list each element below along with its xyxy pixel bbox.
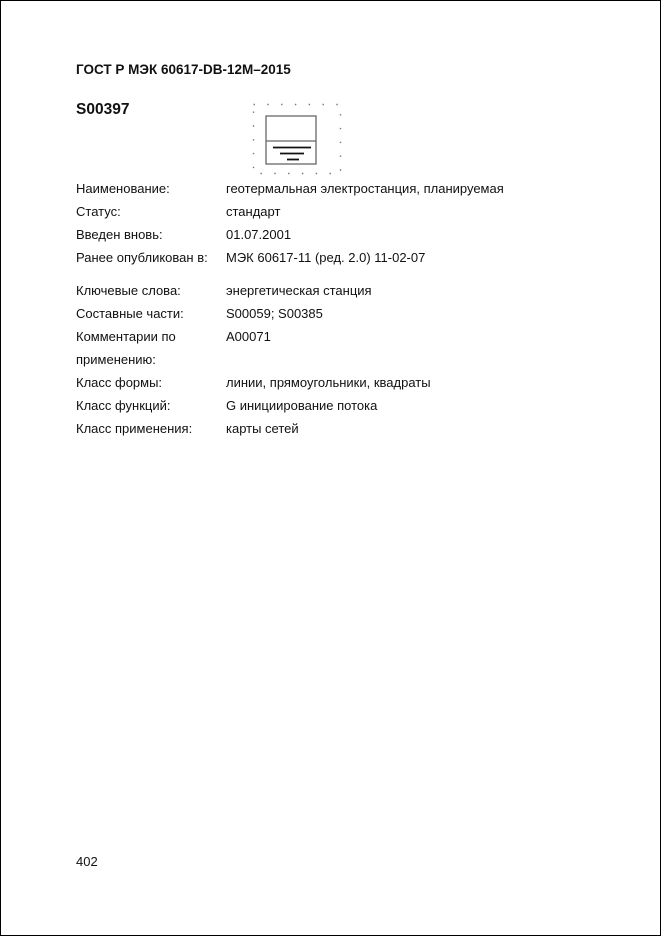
field-row: Класс формы: линии, прямоугольники, квад… — [76, 371, 616, 394]
field-label: Составные части: — [76, 302, 226, 325]
field-value: стандарт — [226, 200, 616, 223]
fields-list: Наименование: геотермальная электростанц… — [76, 177, 616, 440]
field-row: Ключевые слова: энергетическая станция — [76, 279, 616, 302]
field-value: карты сетей — [226, 417, 616, 440]
field-value: энергетическая станция — [226, 279, 616, 302]
field-row: Класс применения: карты сетей — [76, 417, 616, 440]
symbol-id: S00397 — [76, 101, 129, 119]
field-value: A00071 — [226, 325, 616, 348]
geothermal-power-station-icon — [251, 102, 343, 176]
field-label: Комментарии по применению: — [76, 325, 226, 371]
document-page: ГОСТ Р МЭК 60617-DB-12M–2015 S00397 Наим… — [0, 0, 661, 936]
field-row: Ранее опубликован в: МЭК 60617-11 (ред. … — [76, 246, 616, 269]
field-label: Класс формы: — [76, 371, 226, 394]
field-value: МЭК 60617-11 (ред. 2.0) 11-02-07 — [226, 246, 616, 269]
field-row: Наименование: геотермальная электростанц… — [76, 177, 616, 200]
field-label: Ранее опубликован в: — [76, 246, 226, 269]
field-label: Введен вновь: — [76, 223, 226, 246]
field-value: геотермальная электростанция, планируема… — [226, 177, 616, 200]
field-value: линии, прямоугольники, квадраты — [226, 371, 616, 394]
field-row: Класс функций: G инициирование потока — [76, 394, 616, 417]
field-label: Класс применения: — [76, 417, 226, 440]
field-label: Класс функций: — [76, 394, 226, 417]
symbol-figure — [251, 102, 343, 176]
field-row: Статус: стандарт — [76, 200, 616, 223]
field-label: Ключевые слова: — [76, 279, 226, 302]
field-label: Наименование: — [76, 177, 226, 200]
page-number: 402 — [76, 854, 98, 869]
field-row: Введен вновь: 01.07.2001 — [76, 223, 616, 246]
field-value: G инициирование потока — [226, 394, 616, 417]
field-value: S00059; S00385 — [226, 302, 616, 325]
field-value: 01.07.2001 — [226, 223, 616, 246]
field-label: Статус: — [76, 200, 226, 223]
standard-title: ГОСТ Р МЭК 60617-DB-12M–2015 — [76, 62, 291, 77]
field-row: Комментарии по применению: A00071 — [76, 325, 616, 371]
field-row: Составные части: S00059; S00385 — [76, 302, 616, 325]
